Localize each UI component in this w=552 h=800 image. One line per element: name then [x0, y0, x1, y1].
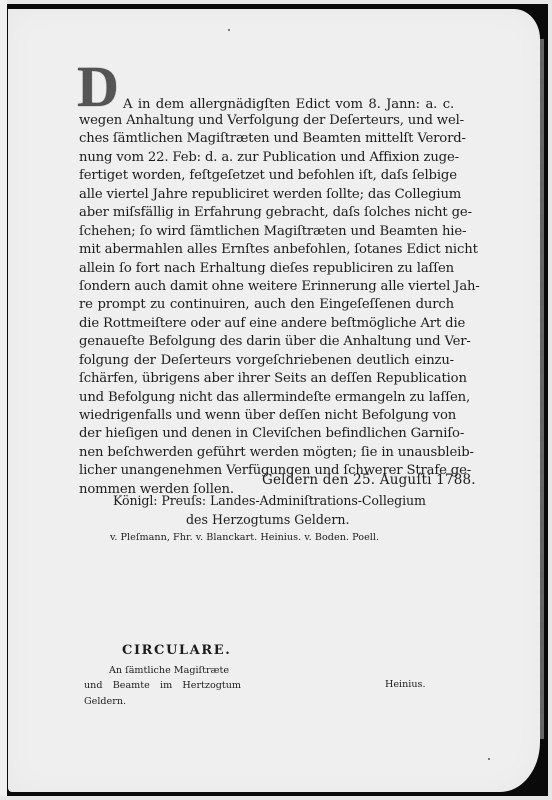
- signatories-list: v. Pleſmann, Fhr. v. Blanckart. Heinius.…: [110, 532, 379, 543]
- issuing-authority: Königl: Preuſs: Landes-Adminiſtrations-C…: [113, 493, 443, 508]
- body-line: ſchärfen, übrigens aber ihrer Seits an d…: [79, 370, 454, 388]
- addressee-line: An ſämtliche Magiſtræte: [84, 663, 244, 678]
- paper-speck: [488, 758, 490, 760]
- scan-bottom-edge: [0, 796, 552, 800]
- scan-top-edge: [0, 0, 552, 4]
- body-line: wiedrigenfalls und wenn über deſſen nich…: [79, 407, 454, 425]
- edict-body: D A in dem allergnädigſten Edict vom 8. …: [79, 67, 454, 499]
- body-line: allein ſo fort nach Erhaltung dieſes rep…: [79, 260, 454, 278]
- body-line: fertiget worden, feſtgeſetzet und befohl…: [79, 167, 454, 185]
- body-line: der hieſigen und denen in Cleviſchen bef…: [79, 425, 454, 443]
- body-line: die Rottmeiſtere oder auf eine andere be…: [79, 315, 454, 333]
- scan-right-edge: [548, 0, 552, 800]
- body-line: genaueſte Befolgung des darin über die A…: [79, 333, 454, 351]
- body-line: und Befolgung nicht das allermindeſte er…: [79, 389, 454, 407]
- body-line: folgung der Deſerteurs vorgeſchriebenen …: [79, 352, 454, 370]
- opening-line: D A in dem allergnädigſten Edict vom 8. …: [79, 67, 454, 112]
- body-line: wegen Anhaltung und Verfolgung der Deſer…: [79, 112, 454, 130]
- paper-speck: [228, 29, 230, 31]
- body-line: mit abermahlen alles Ernſtes anbefohlen,…: [79, 241, 454, 259]
- circulare-heading: CIRCULARE.: [122, 643, 231, 658]
- scanned-document-viewport: D A in dem allergnädigſten Edict vom 8. …: [0, 0, 552, 800]
- addressee-line: und Beamte im Hertzogtum: [84, 678, 241, 693]
- body-line: nung vom 22. Feb: d. a. zur Publication …: [79, 149, 454, 167]
- body-line: alle viertel Jahre republiciret werden ſ…: [79, 186, 454, 204]
- body-line: aber miſsfällig in Erfahrung gebracht, d…: [79, 204, 454, 222]
- body-line: re prompt zu continuiren, auch den Einge…: [79, 296, 454, 314]
- drop-cap-initial: D: [77, 63, 119, 111]
- scan-left-edge: [0, 0, 7, 800]
- body-line: ches ſämtlichen Magiſtræten und Beamten …: [79, 130, 454, 148]
- first-line-text: A in dem allergnädigſten Edict vom 8. Ja…: [123, 96, 454, 114]
- issuing-authority-duchy: des Herzogtums Geldern.: [186, 512, 350, 527]
- addressee-block: An ſämtliche Magiſtræte und Beamte im He…: [84, 663, 244, 709]
- footer-signer: Heinius.: [385, 679, 426, 690]
- date-line: Geldern den 25. Auguſti 1788.: [262, 472, 476, 488]
- body-line: ſondern auch damit ohne weitere Erinneru…: [79, 278, 454, 296]
- addressee-line: Geldern.: [84, 694, 244, 709]
- body-line: nen beſchwerden geführt werden mögten; ſ…: [79, 444, 454, 462]
- body-line: ſchehen; ſo wird ſämtlichen Magiſtræten …: [79, 223, 454, 241]
